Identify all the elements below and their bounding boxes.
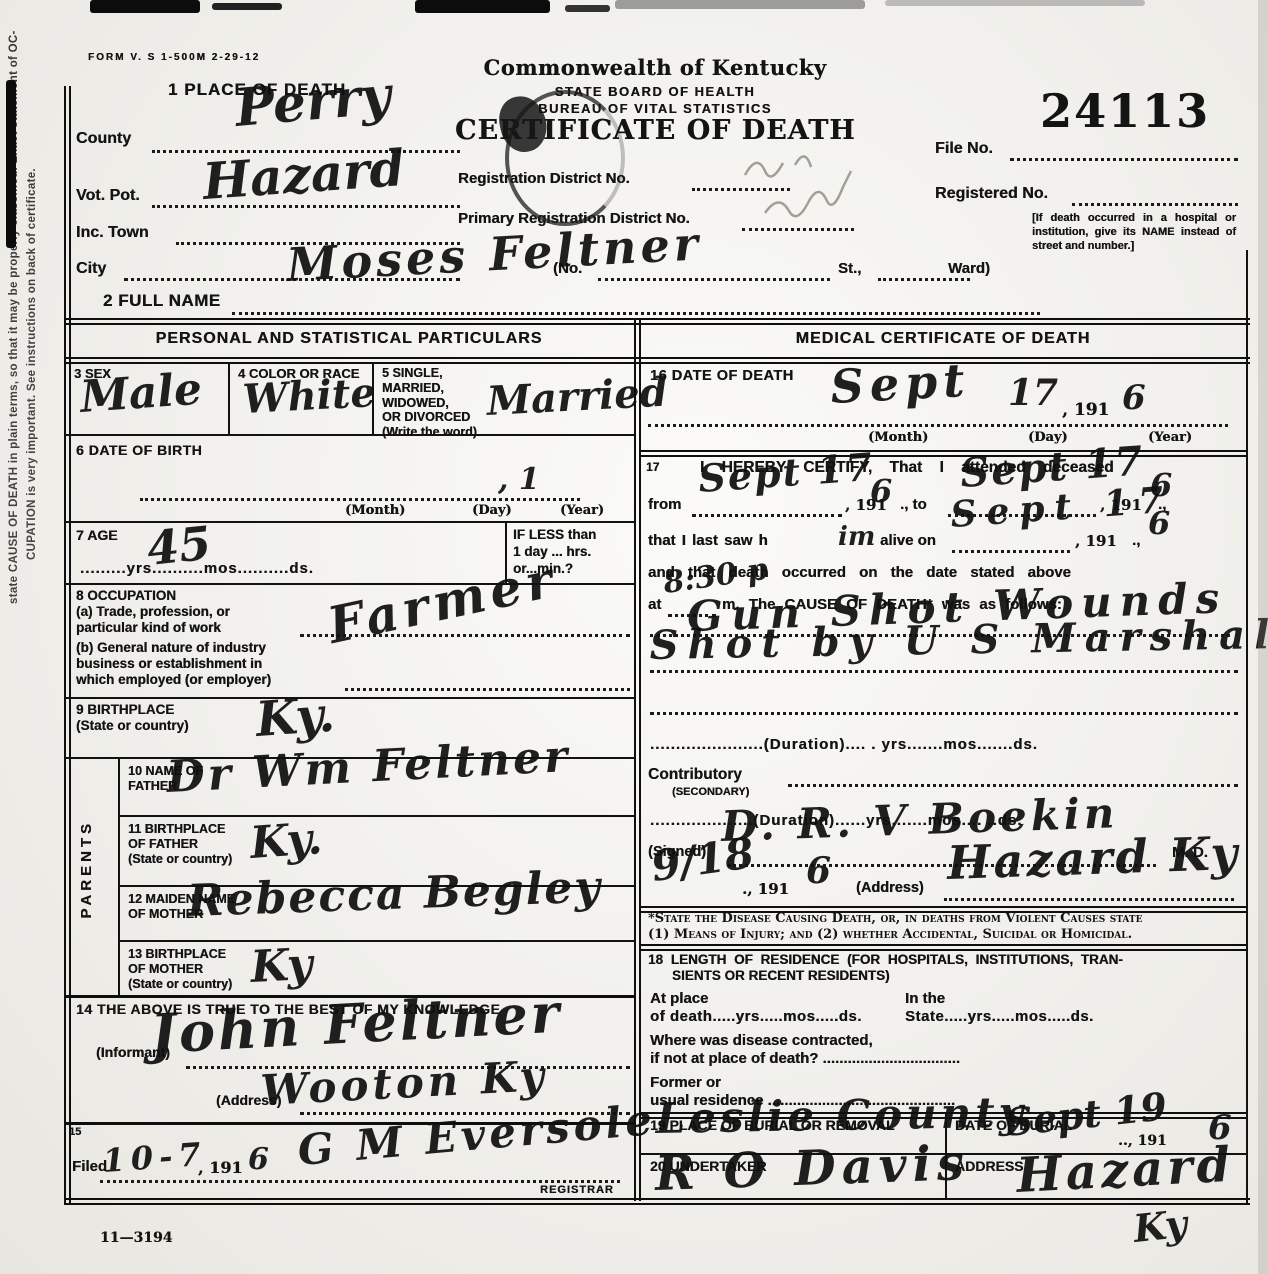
marital-value: Married bbox=[486, 369, 669, 425]
cause-line3 bbox=[650, 712, 1238, 715]
dob-year-sub: (Year) bbox=[560, 503, 604, 518]
row-rule bbox=[64, 697, 634, 699]
row-rule bbox=[118, 940, 634, 942]
sign-year-printed: ., 191 bbox=[742, 880, 789, 898]
alive-on-label: alive on bbox=[880, 532, 936, 549]
alive-year-hw: 6 bbox=[1148, 504, 1170, 542]
in-the-label2: State.....yrs.....mos.....ds. bbox=[905, 1008, 1094, 1025]
birthplace-value: Ky. bbox=[254, 687, 336, 748]
duration-line1: ......................(Duration).... . y… bbox=[650, 736, 1038, 753]
secondary-label: (SECONDARY) bbox=[672, 786, 749, 798]
occupation-b-line bbox=[345, 688, 630, 691]
dod-year-hw: 6 bbox=[1122, 378, 1146, 418]
filed-year-hw: 6 bbox=[248, 1142, 269, 1177]
residence-label-line2: SIENTS OR RECENT RESIDENTS) bbox=[672, 968, 890, 983]
at-label: at bbox=[648, 596, 661, 613]
dod-year-sub: (Year) bbox=[1148, 430, 1192, 445]
occupation-a-label: (a) Trade, profession, or particular kin… bbox=[76, 604, 230, 636]
date-of-death-line bbox=[648, 424, 1228, 427]
cause-footnote-line2: (1) Means of Injury; and (2) whether Acc… bbox=[648, 927, 1132, 942]
pencil-scribble bbox=[735, 135, 925, 230]
lastsaw-label: that I last saw h bbox=[648, 532, 768, 549]
sign-address-value: Hazard Ky bbox=[946, 826, 1241, 890]
him-hw: im bbox=[838, 522, 875, 552]
at-place-label2: of death.....yrs.....mos.....ds. bbox=[650, 1008, 862, 1025]
occupation-value: Farmer bbox=[323, 549, 563, 655]
death-certificate-scan: state CAUSE OF DEATH in plain terms, so … bbox=[0, 0, 1268, 1274]
scan-artifact bbox=[1258, 0, 1268, 1274]
votpot-label: Vot. Pot. bbox=[76, 187, 140, 205]
dod-year-printed: , 191 bbox=[1062, 400, 1109, 420]
item-17-number: 17 bbox=[646, 460, 659, 474]
no-line bbox=[598, 278, 830, 281]
undertaker-address-state-value: Ky bbox=[1131, 1201, 1189, 1251]
from-line bbox=[692, 514, 842, 517]
fullname-label: 2 FULL NAME bbox=[103, 291, 221, 311]
dob-value: , 1 bbox=[498, 462, 540, 497]
titles-bottom-rule bbox=[64, 357, 1250, 364]
votpot-line bbox=[152, 205, 460, 208]
registrar-label: REGISTRAR bbox=[540, 1184, 614, 1196]
hospital-note: [If death occurred in a hospital or inst… bbox=[1032, 212, 1236, 253]
dob-label: 6 DATE OF BIRTH bbox=[76, 442, 202, 458]
columns-top-rule bbox=[64, 318, 1250, 325]
scan-artifact bbox=[615, 0, 865, 9]
scan-artifact bbox=[565, 5, 610, 12]
in-the-label1: In the bbox=[905, 990, 945, 1007]
sign-address-label: (Address) bbox=[856, 880, 924, 896]
occupation-b-label: (b) General nature of industry business … bbox=[76, 640, 271, 689]
dob-month-sub: (Month) bbox=[345, 503, 405, 518]
item-15-number: 15 bbox=[69, 1126, 81, 1138]
sign-year-hw: 6 bbox=[806, 850, 831, 892]
former-residence-line1: Former or bbox=[650, 1074, 721, 1091]
age-value: 45 bbox=[144, 516, 213, 576]
parents-label: PARENTS bbox=[78, 820, 95, 919]
occupation-label: 8 OCCUPATION bbox=[76, 588, 176, 603]
cause-line2 bbox=[650, 670, 1238, 673]
informant-address-value: Wooton Ky bbox=[259, 1051, 549, 1115]
medical-section-title: MEDICAL CERTIFICATE OF DEATH bbox=[640, 330, 1246, 348]
inctown-value: Hazard bbox=[201, 138, 406, 211]
dod-month-sub: (Month) bbox=[868, 430, 928, 445]
filed-line bbox=[100, 1180, 620, 1183]
dod-month-value: Sept bbox=[829, 353, 972, 414]
scan-artifact bbox=[90, 0, 200, 13]
mother-birthplace-label: 13 BIRTHPLACE OF MOTHER (State or countr… bbox=[128, 947, 232, 992]
age-label: 7 AGE bbox=[76, 527, 118, 543]
border-right bbox=[1246, 250, 1248, 1204]
row-rule bbox=[118, 815, 634, 817]
city-label: City bbox=[76, 260, 106, 278]
contributory-line bbox=[788, 784, 1238, 787]
margin-note-line2: CUPATION is very important. See instruct… bbox=[26, 168, 38, 560]
father-birthplace-value: Ky. bbox=[248, 813, 323, 869]
father-name-value: Dr Wm Feltner bbox=[165, 731, 571, 803]
residence-label-line1: 18 LENGTH OF RESIDENCE (FOR HOSPITALS, I… bbox=[648, 952, 1123, 967]
mother-birthplace-value: Ky bbox=[249, 939, 313, 993]
scan-artifact bbox=[415, 0, 550, 13]
commonwealth-heading: Commonwealth of Kentucky bbox=[455, 55, 855, 80]
cause-footnote-line1: *State the Disease Causing Death, or, in… bbox=[648, 911, 1142, 926]
registered-no-label: Registered No. bbox=[935, 185, 1048, 203]
filed-date-value: 10-7 bbox=[101, 1135, 207, 1180]
from-label: from bbox=[648, 496, 681, 513]
county-label: County bbox=[76, 130, 131, 148]
where-contracted-line1: Where was disease contracted, bbox=[650, 1032, 873, 1049]
at-place-label1: At place bbox=[650, 990, 708, 1007]
certificate-number: 24113 bbox=[1015, 84, 1235, 138]
form-number: FORM V. S 1-500M 2-29-12 bbox=[88, 52, 260, 63]
sign-date-value: 9/18 bbox=[648, 828, 757, 891]
contributory-label: Contributory bbox=[648, 766, 742, 784]
dod-day-value: 17 bbox=[1008, 372, 1058, 414]
fullname-line bbox=[232, 312, 1040, 315]
where-contracted-line2: if not at place of death? ..............… bbox=[650, 1050, 960, 1067]
marital-label: 5 SINGLE, MARRIED, WIDOWED, OR DIVORCED … bbox=[382, 366, 477, 440]
scan-artifact bbox=[6, 80, 16, 248]
birthplace-label: 9 BIRTHPLACE (State or country) bbox=[76, 702, 189, 734]
row-rule bbox=[64, 434, 634, 436]
parents-inner-divider bbox=[118, 757, 120, 995]
personal-section-title: PERSONAL AND STATISTICAL PARTICULARS bbox=[64, 330, 634, 348]
undertaker-address-value: Hazard bbox=[1015, 1137, 1235, 1204]
cell-divider bbox=[228, 362, 230, 434]
alive-year-printed: , 191 bbox=[1075, 532, 1117, 550]
scan-artifact bbox=[885, 0, 1145, 6]
to-label: ., to bbox=[900, 496, 927, 513]
race-value: White bbox=[242, 369, 377, 423]
border-left bbox=[64, 86, 71, 1204]
registered-no-line bbox=[1072, 203, 1238, 206]
plate-number: 11—3194 bbox=[100, 1230, 172, 1246]
from-year-hw: 6 bbox=[870, 472, 892, 510]
mother-name-value: Rebecca Begley bbox=[186, 862, 602, 927]
scan-artifact bbox=[212, 3, 282, 10]
alive-comma: ., bbox=[1132, 532, 1140, 549]
date-of-death-label: 16 DATE OF DEATH bbox=[650, 368, 794, 384]
st-line bbox=[878, 278, 970, 281]
file-no-label: File No. bbox=[935, 140, 993, 158]
alive-line bbox=[952, 550, 1070, 553]
burial-place-value: Leslie County bbox=[655, 1088, 1027, 1143]
county-value: Perry bbox=[233, 65, 394, 139]
ward-label: Ward) bbox=[948, 260, 990, 277]
sign-address-line bbox=[944, 898, 1234, 901]
father-birthplace-label: 11 BIRTHPLACE OF FATHER (State or countr… bbox=[128, 822, 232, 867]
undertaker-value: R O Davis bbox=[654, 1135, 971, 1202]
footnote-bottom-rule bbox=[640, 944, 1246, 951]
file-no-line bbox=[1010, 158, 1238, 161]
dob-day-sub: (Day) bbox=[472, 503, 512, 518]
dob-line bbox=[140, 498, 580, 501]
inctown-label: Inc. Town bbox=[76, 224, 149, 242]
st-label: St., bbox=[838, 260, 861, 277]
sex-value: Male bbox=[78, 364, 203, 423]
